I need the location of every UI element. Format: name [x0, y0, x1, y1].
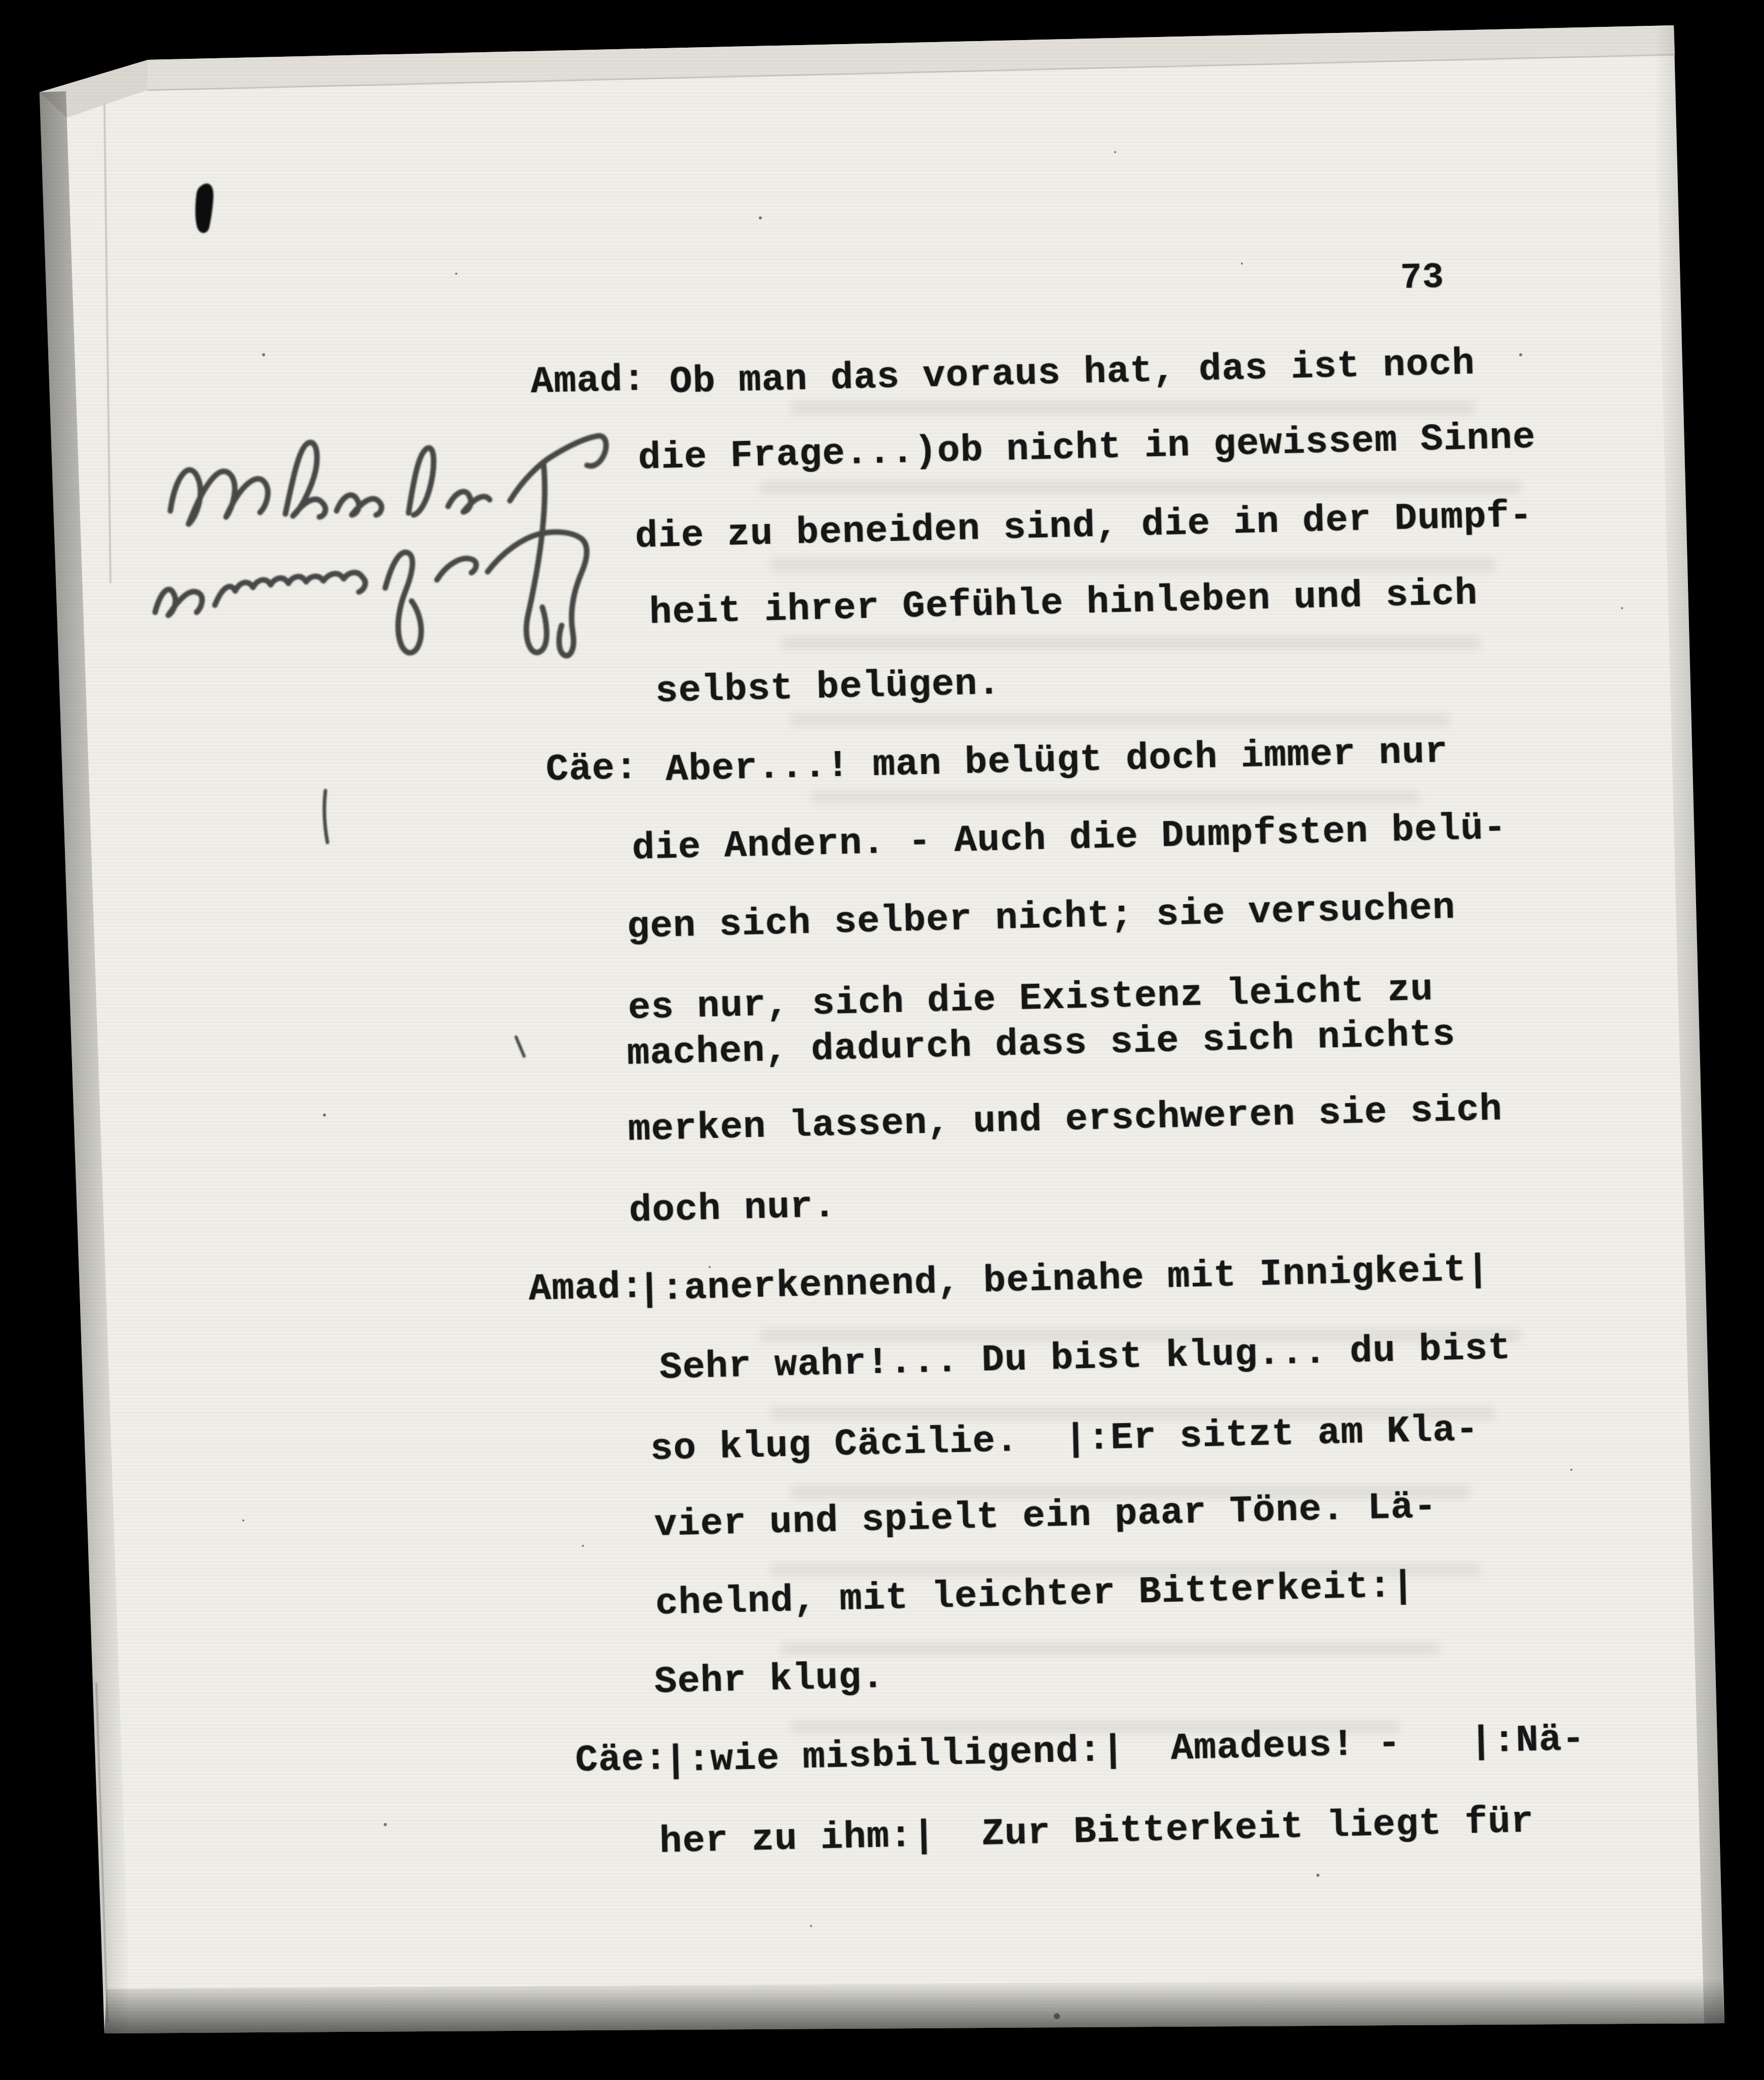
- typed-line: merken lassen, und erschweren sie sich: [628, 1089, 1503, 1151]
- typed-line: doch nur.: [629, 1186, 836, 1232]
- typed-line: die Andern. - Auch die Dumpfsten belü-: [632, 808, 1507, 870]
- typed-line: Aber...! man belügt doch immer nur: [665, 732, 1448, 792]
- typed-line: Ob man das voraus hat, das ist noch: [669, 344, 1476, 404]
- typed-line: |:wie misbilligend:| Amadeus! - |:Nä-: [664, 1719, 1586, 1782]
- typed-line: her zu ihm:| Zur Bitterkeit liegt für: [659, 1801, 1534, 1863]
- scanned-manuscript-page: { "page": { "number": "73" }, "colors": …: [0, 0, 1764, 2080]
- typed-line: vier und spielt ein paar Töne. Lä-: [654, 1487, 1437, 1547]
- typed-line: die zu beneiden sind, die in der Dumpf-: [635, 496, 1533, 558]
- typed-line: so klug Cäcilie. |:Er sitzt am Kla-: [650, 1409, 1479, 1470]
- typed-line: Sehr klug.: [654, 1657, 885, 1703]
- typed-line: die Frage...)ob nicht in gewissem Sinne: [638, 417, 1536, 479]
- speaker-label: Amad:: [528, 1267, 644, 1311]
- typed-text-layer: 73 Amad: Ob man das voraus hat, das ist …: [0, 0, 1764, 2080]
- typed-line: Sehr wahr!... Du bist klug... du bist: [659, 1328, 1512, 1389]
- typed-line: chelnd, mit leichter Bitterkeit:|: [655, 1566, 1415, 1625]
- typed-line: selbst belügen.: [655, 663, 1001, 713]
- speaker-label: Cäe:: [545, 748, 639, 792]
- page-number: 73: [1400, 258, 1445, 299]
- speaker-label: Amad:: [530, 360, 646, 404]
- typed-line: heit ihrer Gefühle hinleben und sich: [649, 573, 1478, 634]
- speaker-label: Cäe:: [575, 1739, 668, 1782]
- typed-line: gen sich selber nicht; sie versuchen: [627, 887, 1456, 948]
- typed-line: |:anerkennend, beinahe mit Innigkeit|: [638, 1249, 1490, 1311]
